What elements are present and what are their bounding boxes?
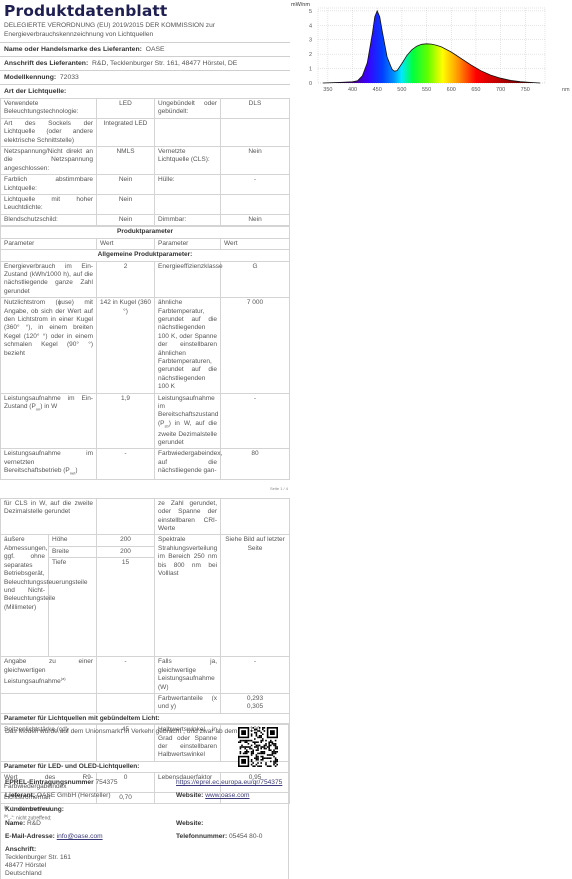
- name-label: Name:: [5, 820, 25, 827]
- param-label: Nutzlichtstrom (ɸuse) mit Angabe, ob sic…: [1, 298, 97, 393]
- svg-text:400: 400: [348, 87, 357, 93]
- svg-text:550: 550: [422, 87, 431, 93]
- param-label: Dimmbar:: [155, 214, 221, 225]
- param-label: ähnliche Farbtemperatur, gerundet auf di…: [155, 298, 221, 393]
- svg-text:mW/nm: mW/nm: [291, 2, 310, 8]
- param-label: Energieeffizienzklasse: [155, 261, 221, 298]
- supplier-line-label: Anschrift des Lieferanten:: [4, 60, 88, 67]
- supplier-line-value: 72033: [60, 74, 79, 81]
- supplier-line: Name oder Handelsmarke des Lieferanten: …: [0, 42, 290, 56]
- dimension-row: äußere Abmessungen, ggf. ohne separates …: [1, 535, 290, 546]
- param-label: Energieverbrauch im Ein-Zustand (kWh/100…: [1, 261, 97, 298]
- param-value: 142 in Kugel (360 °): [97, 298, 155, 393]
- email-label: E-Mail-Adresse:: [5, 833, 55, 840]
- svg-text:350: 350: [323, 87, 332, 93]
- eprel-label: EPREL-Eintragungsnummer: [5, 779, 94, 786]
- address-label: Anschrift:: [5, 846, 36, 853]
- param-value: Nein: [97, 175, 155, 195]
- param-label: Farbwertanteile (x und y): [155, 693, 221, 713]
- page-number: Seite 1 / 4: [270, 486, 288, 491]
- svg-text:0: 0: [309, 81, 312, 87]
- product-parameters-table: Produktparameter ParameterWertParameterW…: [0, 226, 290, 480]
- param-value: Integrated LED: [97, 118, 155, 146]
- spectral-distribution-chart: 350400450500550600650700750012345mW/nmnm: [290, 0, 572, 95]
- param-value: NMLS: [97, 147, 155, 175]
- spectral-value: Siehe Bild auf letzter Seite: [221, 535, 290, 657]
- svg-text:650: 650: [471, 87, 480, 93]
- svg-text:4: 4: [309, 23, 312, 29]
- supplier-line-label: Name oder Handelsmarke des Lieferanten:: [4, 46, 142, 53]
- product-data-sheet: Produktdatenblatt DELEGIERTE VERORDNUNG …: [0, 0, 290, 822]
- website-label: Website:: [176, 792, 203, 799]
- table-row: Leistungsaufnahme im vernetzten Bereitsc…: [1, 449, 290, 480]
- dimensions-label: äußere Abmessungen, ggf. ohne separates …: [1, 535, 49, 657]
- svg-text:600: 600: [447, 87, 456, 93]
- table-row: Energieverbrauch im Ein-Zustand (kWh/100…: [1, 261, 290, 298]
- dimension-name: Tiefe: [49, 558, 97, 657]
- table-row: für CLS in W, auf die zweite Dezimalstel…: [1, 498, 290, 535]
- dimension-value: 15: [97, 558, 155, 657]
- eprel-number: 754375: [96, 779, 118, 786]
- table-row: Farbwertanteile (x und y)0,2930,305: [1, 693, 290, 713]
- footer-info-box: Das Modell wurde auf dem Unionsmarkt in …: [0, 723, 289, 879]
- svg-text:750: 750: [521, 87, 530, 93]
- address-city: 48477 Hörstel: [5, 862, 46, 869]
- phone-value: 05454 80-0: [229, 833, 262, 840]
- param-value: -: [221, 657, 290, 694]
- param-label: [155, 195, 221, 215]
- param-label: Leistungsaufnahme im vernetzten Bereitsc…: [1, 449, 97, 480]
- param-value: 80: [221, 449, 290, 480]
- supplier-label: Lieferant:: [5, 792, 35, 799]
- supplier-value: OASE GmbH (Hersteller): [37, 792, 111, 799]
- param-value: -: [221, 393, 290, 449]
- column-header: Parameter: [155, 238, 221, 249]
- supplier-line-value: OASE: [146, 46, 165, 53]
- spectral-label: Spektrale Strahlungsverteilung im Bereic…: [155, 535, 221, 657]
- param-value: [97, 498, 155, 535]
- param-value: Nein: [97, 214, 155, 225]
- dimension-value: 200: [97, 546, 155, 557]
- param-value: LED: [97, 99, 155, 119]
- page-break: Seite 1 / 4: [0, 480, 290, 498]
- param-value: -: [97, 449, 155, 480]
- param-value: 1,9: [97, 393, 155, 449]
- param-label: Netzspannung/Nicht direkt an die Netzspa…: [1, 147, 97, 175]
- param-value: 7 000: [221, 298, 290, 393]
- dimension-name: Höhe: [49, 535, 97, 546]
- page-title: Produktdatenblatt: [0, 0, 290, 19]
- param-label: ze Zahl gerundet, oder Spanne der einste…: [155, 498, 221, 535]
- email-link[interactable]: info@oase.com: [57, 833, 103, 840]
- table-row: Blendschutzschild:NeinDimmbar:Nein: [1, 214, 290, 225]
- param-value: [221, 118, 290, 146]
- param-value: DLS: [221, 99, 290, 119]
- svg-text:450: 450: [373, 87, 382, 93]
- supplier-line-value: R&D, Tecklenburger Str. 161, 48477 Hörst…: [92, 60, 237, 67]
- dimension-name: Breite: [49, 546, 97, 557]
- param-label: Falls ja, gleichwertige Leistungsaufnahm…: [155, 657, 221, 694]
- table-row: Art des Sockels der Lichtquelle (oder an…: [1, 118, 290, 146]
- column-header: Parameter: [1, 238, 97, 249]
- website-link[interactable]: www.oase.com: [205, 792, 249, 799]
- phone-label: Telefonnummer:: [176, 833, 227, 840]
- table-row: Lichtquelle mit hoher Leuchtdichte:Nein: [1, 195, 290, 215]
- svg-text:1: 1: [309, 67, 312, 73]
- param-value: G: [221, 261, 290, 298]
- param-value: [97, 693, 155, 713]
- dimension-value: 200: [97, 535, 155, 546]
- param-label: [155, 118, 221, 146]
- qr-code-icon[interactable]: [238, 727, 278, 767]
- param-value: Nein: [221, 214, 290, 225]
- svg-text:500: 500: [397, 87, 406, 93]
- address-street: Tecklenburger Str. 161: [5, 854, 71, 861]
- param-label: Farblich abstimmbare Lichtquelle:: [1, 175, 97, 195]
- param-value: -: [97, 657, 155, 694]
- table-row: Farblich abstimmbare Lichtquelle:NeinHül…: [1, 175, 290, 195]
- svg-text:700: 700: [496, 87, 505, 93]
- param-value: 0,2930,305: [221, 693, 290, 713]
- param-label: Leistungsaufnahme im Ein-Zustand (Pon) i…: [1, 393, 97, 449]
- name-value: R&D: [27, 820, 41, 827]
- product-parameters-title: Produktparameter: [1, 227, 290, 238]
- table-row: Angabe zu einer gleichwertigen Leistungs…: [1, 657, 290, 694]
- empty-cell: [1, 693, 97, 713]
- column-header: Wert: [221, 238, 290, 249]
- table-row: Leistungsaufnahme im Ein-Zustand (Pon) i…: [1, 393, 290, 449]
- address-country: Deutschland: [5, 870, 42, 877]
- param-label: Hülle:: [155, 175, 221, 195]
- regulation-subtitle: DELEGIERTE VERORDNUNG (EU) 2019/2015 DER…: [0, 19, 290, 42]
- supplier-line-label: Modellkennung:: [4, 74, 56, 81]
- table-row: Netzspannung/Nicht direkt an die Netzspa…: [1, 147, 290, 175]
- eprel-link[interactable]: https://eprel.ec.europa.eu/qr/754375: [176, 779, 282, 786]
- param-label: Leistungsaufnahme im Bereitschaftszustan…: [155, 393, 221, 449]
- param-value: 2: [97, 261, 155, 298]
- service-website-label: Website:: [176, 820, 203, 827]
- param-label: für CLS in W, auf die zweite Dezimalstel…: [1, 498, 97, 535]
- param-value: Nein: [221, 147, 290, 175]
- customer-service-heading: Kundenbetreuung:: [5, 806, 64, 813]
- param-value: [221, 195, 290, 215]
- param-label: Verwendete Beleuchtungstechnologie:: [1, 99, 97, 119]
- svg-text:2: 2: [309, 52, 312, 58]
- svg-text:5: 5: [309, 9, 312, 15]
- column-header: Wert: [97, 238, 155, 249]
- svg-text:3: 3: [309, 38, 312, 44]
- param-label: Lichtquelle mit hoher Leuchtdichte:: [1, 195, 97, 215]
- param-label: Farbwiedergabeindex, auf die nächstliege…: [155, 449, 221, 480]
- light-source-table: Verwendete Beleuchtungstechnologie:LEDUn…: [0, 98, 290, 226]
- param-label: Art des Sockels der Lichtquelle (oder an…: [1, 118, 97, 146]
- table-row: Verwendete Beleuchtungstechnologie:LEDUn…: [1, 99, 290, 119]
- general-parameters-title: Allgemeine Produktparameter:: [1, 250, 290, 261]
- param-value: [221, 498, 290, 535]
- param-value: Nein: [97, 195, 155, 215]
- param-label: Vernetzte Lichtquelle (CLS):: [155, 147, 221, 175]
- table-row: Nutzlichtstrom (ɸuse) mit Angabe, ob sic…: [1, 298, 290, 393]
- param-label: Angabe zu einer gleichwertigen Leistungs…: [1, 657, 97, 694]
- param-label: Blendschutzschild:: [1, 214, 97, 225]
- market-text: Das Modell wurde auf dem Unionsmarkt in …: [5, 728, 243, 735]
- param-label: Ungebündelt oder gebündelt:: [155, 99, 221, 119]
- section-light-source-type: Art der Lichtquelle:: [0, 84, 290, 98]
- svg-text:nm: nm: [562, 87, 570, 93]
- supplier-line: Anschrift des Lieferanten: R&D, Tecklenb…: [0, 56, 290, 70]
- supplier-line: Modellkennung: 72033: [0, 70, 290, 84]
- param-value: -: [221, 175, 290, 195]
